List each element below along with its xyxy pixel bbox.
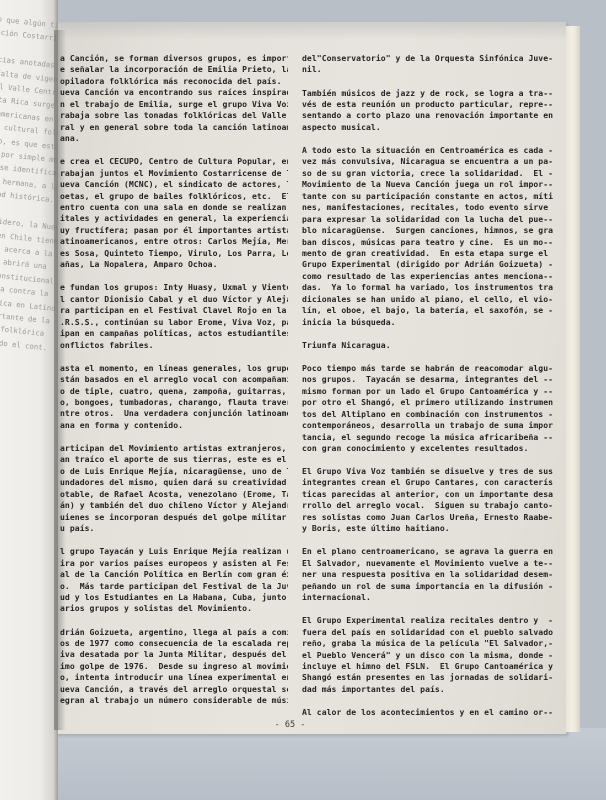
- text-line: por otro el Shangó, el primero utilizand…: [302, 397, 530, 408]
- text-line: contemporáneos, desarrolla un trabajo de…: [302, 420, 530, 431]
- paragraph: del"Conservatorio" y de la Orquesta Sinf…: [302, 53, 530, 76]
- left-page-curl: lo que algún tiempoanción Costarricense …: [0, 0, 58, 800]
- text-line: El Grupo Experimental realiza recitales …: [302, 615, 530, 626]
- text-line: ral y en general sobre toda la canción l…: [60, 122, 288, 133]
- text-line: El Salvador, nuevamente el Movimiento vu…: [302, 558, 530, 569]
- text-line: tancia, el segundo recoge la música afri…: [302, 432, 530, 443]
- text-line: aspecto musical.: [302, 122, 530, 133]
- text-line: opiladora folklórica más reconocida del …: [60, 76, 288, 87]
- paragraph: e crea el CECUPO, Centro de Cultura Popu…: [60, 156, 288, 271]
- page-shadow: [58, 22, 566, 40]
- text-line: l grupo Tayacán y Luis Enrique Mejía rea…: [60, 546, 288, 557]
- text-line: entro cuenta con una sala en donde se re…: [60, 202, 288, 213]
- text-line: egran al trabajo un número considerable …: [60, 695, 288, 706]
- text-line: integrantes crean el Grupo Cantares, con…: [302, 477, 530, 488]
- text-line: res solistas como Juan Carlos Ureña, Ern…: [302, 512, 530, 523]
- text-line: o de Luis Enrique Mejía, nicaragüense, u…: [60, 466, 288, 477]
- paragraph: A todo esto la situación en Centroaméric…: [302, 145, 530, 328]
- text-line: El Grupo Viva Voz también se disuelve y …: [302, 466, 530, 477]
- text-line: sentando a corto plazo una renovación im…: [302, 110, 530, 121]
- text-line: án) y también del duo chileno Víctor y A…: [60, 500, 288, 511]
- paragraph: e fundan los grupos: Inty Huasy, Uxmal y…: [60, 282, 288, 351]
- text-column-left: a Canción, se forman diversos grupos, es…: [60, 53, 288, 718]
- text-line: ueva Canción, a través del arreglo orque…: [60, 684, 288, 695]
- left-page-text: lo que algún tiempoanción Costarricense …: [0, 12, 58, 354]
- text-line: mento de gran creatividad. En esta etapa…: [302, 248, 530, 259]
- text-line: dad más importantes del país.: [302, 684, 530, 695]
- text-line: reño, graba la música de la película "El…: [302, 638, 530, 649]
- text-line: dicionales se han unido al piano, el cel…: [302, 294, 530, 305]
- text-line: os de 1977 como consecuencia de la escal…: [60, 638, 288, 649]
- paragraph: drián Goizueta, argentino, llega al país…: [60, 627, 288, 707]
- text-line: otable, de Rafael Acosta, venezolano (Er…: [60, 489, 288, 500]
- text-line: o. Más tarde participan del Festival de …: [60, 581, 288, 592]
- text-line: incluye el himno del FSLN. El Grupo Cant…: [302, 661, 530, 672]
- text-line: ipan en campañas políticas, actos estudi…: [60, 328, 288, 339]
- text-line: n el trabajo de Emilia, surge el grupo V…: [60, 99, 288, 110]
- paragraph: Triunfa Nicaragua.: [302, 340, 530, 351]
- text-line: También músicos de jazz y de rock, se lo…: [302, 88, 530, 99]
- text-line: uienes se incorporan después del golpe m…: [60, 512, 288, 523]
- text-line: ra participan en el Festival Clavel Rojo…: [60, 305, 288, 316]
- text-line: e fundan los grupos: Inty Huasy, Uxmal y…: [60, 282, 288, 293]
- text-line: al de la Canción Política en Berlín com …: [60, 569, 288, 580]
- text-line: nes, manifestaciones, recitales, todo ev…: [302, 202, 530, 213]
- paragraph: El Grupo Viva Voz también se disuelve y …: [302, 466, 530, 535]
- text-line: tante con su participación constante en …: [302, 191, 530, 202]
- text-line: peñando un rol de suma importancia en la…: [302, 581, 530, 592]
- text-column-right: del"Conservatorio" y de la Orquesta Sinf…: [302, 53, 530, 730]
- text-line: l cantor Dionisio Cabal y el duo Víctor …: [60, 294, 288, 305]
- text-line: rabajan juntos el Movimiento Costarricen…: [60, 168, 288, 179]
- paragraph: Poco tiempo más tarde se habrán de reaco…: [302, 363, 530, 455]
- text-line: an traíco el aporte de sus tierras, este…: [60, 454, 288, 465]
- text-line: es Sosa, Quinteto Tiempo, Virulo, Los Pa…: [60, 248, 288, 259]
- text-line: del"Conservatorio" y de la Orquesta Sinf…: [302, 53, 530, 64]
- text-line: vés de esta reunión un producto particul…: [302, 99, 530, 110]
- text-line: inicia la búsqueda.: [302, 317, 530, 328]
- text-line: nil.: [302, 64, 530, 75]
- text-line: o de tiple, cuatro, quena, zampoña, guit…: [60, 386, 288, 397]
- text-line: iva desatada por la Junta Militar, despu…: [60, 649, 288, 660]
- text-line: Al calor de los acontecimientos y en el …: [302, 707, 530, 718]
- text-line: a Canción, se forman diversos grupos, es…: [60, 53, 288, 64]
- text-line: ud y los Estudiantes en La Habana, Cuba,…: [60, 592, 288, 603]
- text-line: Triunfa Nicaragua.: [302, 340, 530, 351]
- paragraph: articipan del Movimiento artistas extran…: [60, 443, 288, 535]
- text-line: Poco tiempo más tarde se habrán de reaco…: [302, 363, 530, 374]
- text-line: Shangó están presentes en las jornadas d…: [302, 672, 530, 683]
- text-line: rabaja sobre las tonadas folklóricas del…: [60, 110, 288, 121]
- text-line: ticas parecidas al anterior, con un impo…: [302, 489, 530, 500]
- text-line: so de su gran victoria, crece la solidar…: [302, 168, 530, 179]
- text-line: tos del Altiplano en combinación con ins…: [302, 409, 530, 420]
- text-line: ana.: [60, 133, 288, 144]
- background-surface: [0, 728, 606, 800]
- text-line: ana en forma y contenido.: [60, 420, 288, 431]
- text-line: atinoamericanos, entre otros: Carlos Mej…: [60, 236, 288, 247]
- text-line: ban discos, músicas para teatro y cine. …: [302, 237, 530, 248]
- text-line: añas, La Nopalera, Amparo Ochoa.: [60, 259, 288, 270]
- paragraph: También músicos de jazz y de rock, se lo…: [302, 88, 530, 134]
- text-line: En el plano centroamericano, se agrava l…: [302, 546, 530, 557]
- text-line: Grupo Experimental (dirigido por Adrián …: [302, 259, 530, 270]
- page-block-edge: [566, 26, 580, 732]
- text-line: vez más convulsiva, Nicaragua se encuent…: [302, 156, 530, 167]
- text-line: mismo forman por un lado el Grupo Cantoa…: [302, 386, 530, 397]
- text-line: internacional.: [302, 592, 530, 603]
- text-line: e señalar la incorporación de Emilia Pri…: [60, 64, 288, 75]
- paragraph: asta el momento, en líneas generales, lo…: [60, 363, 288, 432]
- text-line: ueva Canción (MCNC), el sindicato de act…: [60, 179, 288, 190]
- text-line: articipan del Movimiento artistas extran…: [60, 443, 288, 454]
- text-line: y Boris, este último haitiano.: [302, 523, 530, 534]
- text-line: ner una respuesta positiva en la solidar…: [302, 569, 530, 580]
- text-line: uy fructífera; pasan por él importantes …: [60, 225, 288, 236]
- text-line: Movimiento de la Nueva Canción juega un …: [302, 179, 530, 190]
- text-line: asta el momento, en líneas generales, lo…: [60, 363, 288, 374]
- text-line: arios grupos y solistas del Movimiento.: [60, 603, 288, 614]
- text-line: e crea el CECUPO, Centro de Cultura Popu…: [60, 156, 288, 167]
- text-line: undadores del mismo, quien dará su creat…: [60, 477, 288, 488]
- text-line: itales y actividades en general, la expe…: [60, 213, 288, 224]
- text-line: oetas, el grupo de bailes folklóricos, e…: [60, 191, 288, 202]
- text-line: ueva Canción va encontrando sus raíces i…: [60, 87, 288, 98]
- text-line: u país.: [60, 523, 288, 534]
- paragraph: a Canción, se forman diversos grupos, es…: [60, 53, 288, 145]
- text-line: fuera del país en solidaridad con el pue…: [302, 627, 530, 638]
- paragraph: En el plano centroamericano, se agrava l…: [302, 546, 530, 603]
- text-line: ntre otros. Una verdadera conjunción lat…: [60, 408, 288, 419]
- text-line: blo nicaragüense. Surgen canciones, himn…: [302, 225, 530, 236]
- text-line: das. Ya lo formal ha variado, los instru…: [302, 282, 530, 293]
- text-line: rrollo del arreglo vocal. Siguen su trab…: [302, 500, 530, 511]
- text-line: drián Goizueta, argentino, llega al país…: [60, 627, 288, 638]
- text-line: onflictos fabriles.: [60, 340, 288, 351]
- text-line: nos grupos. Tayacán se desarma, integran…: [302, 374, 530, 385]
- text-line: A todo esto la situación en Centroaméric…: [302, 145, 530, 156]
- paragraph: Al calor de los acontecimientos y en el …: [302, 707, 530, 718]
- page-number: - 65 -: [260, 720, 320, 730]
- text-line: ira por varios países europeos y asisten…: [60, 558, 288, 569]
- text-line: imo golpe de 1976. Desde su ingreso al m…: [60, 661, 288, 672]
- text-line: el Pueblo Vencerá" y un disco con la mis…: [302, 650, 530, 661]
- text-line: lín, el oboe, el bajo, la batería, el sa…: [302, 305, 530, 316]
- text-line: como resultado de las experiencias antes…: [302, 271, 530, 282]
- paragraph: l grupo Tayacán y Luis Enrique Mejía rea…: [60, 546, 288, 615]
- text-line: o, bongoes, tumbadoras, charango, flauta…: [60, 397, 288, 408]
- text-line: stán basados en el arreglo vocal con aco…: [60, 374, 288, 385]
- text-line: o, intenta introducir una línea experime…: [60, 672, 288, 683]
- paragraph: El Grupo Experimental realiza recitales …: [302, 615, 530, 695]
- text-line: .R.S.S., continúan su labor Erome, Viva …: [60, 317, 288, 328]
- text-line: con gran conocimiento y excelentes resul…: [302, 443, 530, 454]
- text-line: para expresar la solidaridad con la luch…: [302, 214, 530, 225]
